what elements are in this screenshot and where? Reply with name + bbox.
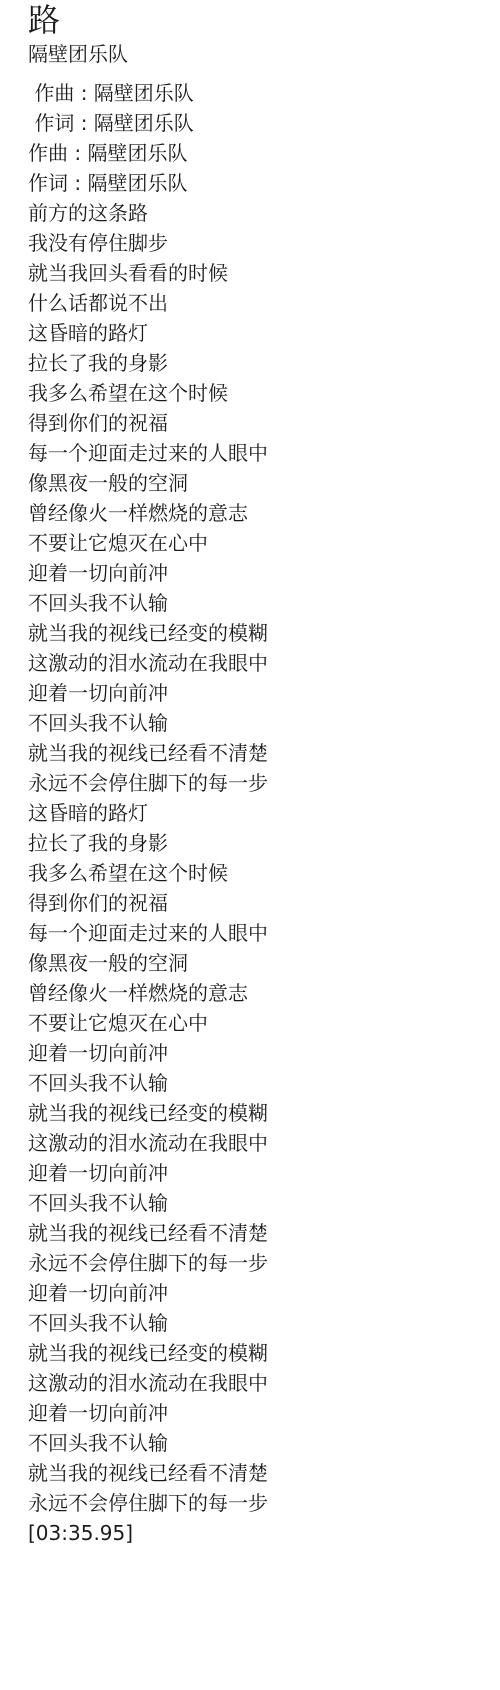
- lyric-line: 像黑夜一般的空洞: [28, 468, 480, 498]
- lyric-line: 迎着一切向前冲: [28, 1158, 480, 1188]
- lyric-line: 这激动的泪水流动在我眼中: [28, 1128, 480, 1158]
- credits-list: 作曲 : 隔壁团乐队 作词 : 隔壁团乐队 作曲 : 隔壁团乐队 作词 : 隔壁…: [28, 78, 480, 198]
- lyrics-list: 前方的这条路 我没有停住脚步 就当我回头看看的时候 什么话都说不出 这昏暗的路灯…: [28, 198, 480, 1518]
- lyric-line: 我多么希望在这个时候: [28, 378, 480, 408]
- lyric-line: 迎着一切向前冲: [28, 1278, 480, 1308]
- lyric-line: 这激动的泪水流动在我眼中: [28, 1368, 480, 1398]
- lyric-line: 迎着一切向前冲: [28, 558, 480, 588]
- lyric-line: 什么话都说不出: [28, 288, 480, 318]
- end-timestamp: [03:35.95]: [28, 1518, 480, 1548]
- lyric-line: 这昏暗的路灯: [28, 318, 480, 348]
- credit-line: 作词 : 隔壁团乐队: [28, 108, 480, 138]
- lyric-line: 就当我的视线已经变的模糊: [28, 618, 480, 648]
- lyric-line: 永远不会停住脚下的每一步: [28, 1248, 480, 1278]
- lyric-line: 每一个迎面走过来的人眼中: [28, 918, 480, 948]
- credit-line: 作曲 : 隔壁团乐队: [28, 138, 480, 168]
- lyric-line: 每一个迎面走过来的人眼中: [28, 438, 480, 468]
- lyric-line: 永远不会停住脚下的每一步: [28, 768, 480, 798]
- lyric-line: 得到你们的祝福: [28, 888, 480, 918]
- lyric-line: 这激动的泪水流动在我眼中: [28, 648, 480, 678]
- lyric-line: 迎着一切向前冲: [28, 678, 480, 708]
- lyric-line: 不要让它熄灭在心中: [28, 528, 480, 558]
- lyric-line: 不回头我不认输: [28, 708, 480, 738]
- lyric-line: 曾经像火一样燃烧的意志: [28, 978, 480, 1008]
- lyric-line: 就当我的视线已经看不清楚: [28, 738, 480, 768]
- artist-name: 隔壁团乐队: [28, 43, 480, 65]
- lyrics-page: 路 隔壁团乐队 作曲 : 隔壁团乐队 作词 : 隔壁团乐队 作曲 : 隔壁团乐队…: [0, 0, 500, 1548]
- lyric-line: 得到你们的祝福: [28, 408, 480, 438]
- lyric-line: 不回头我不认输: [28, 1428, 480, 1458]
- lyric-line: 不回头我不认输: [28, 588, 480, 618]
- lyric-line: 我多么希望在这个时候: [28, 858, 480, 888]
- lyric-line: 迎着一切向前冲: [28, 1038, 480, 1068]
- lyric-line: 就当我的视线已经变的模糊: [28, 1098, 480, 1128]
- credit-line: 作词 : 隔壁团乐队: [28, 168, 480, 198]
- credit-line: 作曲 : 隔壁团乐队: [28, 78, 480, 108]
- lyric-line: 曾经像火一样燃烧的意志: [28, 498, 480, 528]
- lyric-line: 就当我的视线已经看不清楚: [28, 1458, 480, 1488]
- lyric-line: 就当我回头看看的时候: [28, 258, 480, 288]
- lyric-line: 就当我的视线已经看不清楚: [28, 1218, 480, 1248]
- lyric-line: 不回头我不认输: [28, 1308, 480, 1338]
- lyric-line: 拉长了我的身影: [28, 828, 480, 858]
- lyric-line: 不回头我不认输: [28, 1068, 480, 1098]
- lyric-line: 迎着一切向前冲: [28, 1398, 480, 1428]
- lyric-line: 拉长了我的身影: [28, 348, 480, 378]
- lyric-line: 永远不会停住脚下的每一步: [28, 1488, 480, 1518]
- lyric-line: 就当我的视线已经变的模糊: [28, 1338, 480, 1368]
- lyric-line: 前方的这条路: [28, 198, 480, 228]
- lyric-line: 这昏暗的路灯: [28, 798, 480, 828]
- lyric-line: 不要让它熄灭在心中: [28, 1008, 480, 1038]
- song-title: 路: [28, 2, 480, 38]
- lyric-line: 像黑夜一般的空洞: [28, 948, 480, 978]
- lyric-line: 我没有停住脚步: [28, 228, 480, 258]
- lyric-line: 不回头我不认输: [28, 1188, 480, 1218]
